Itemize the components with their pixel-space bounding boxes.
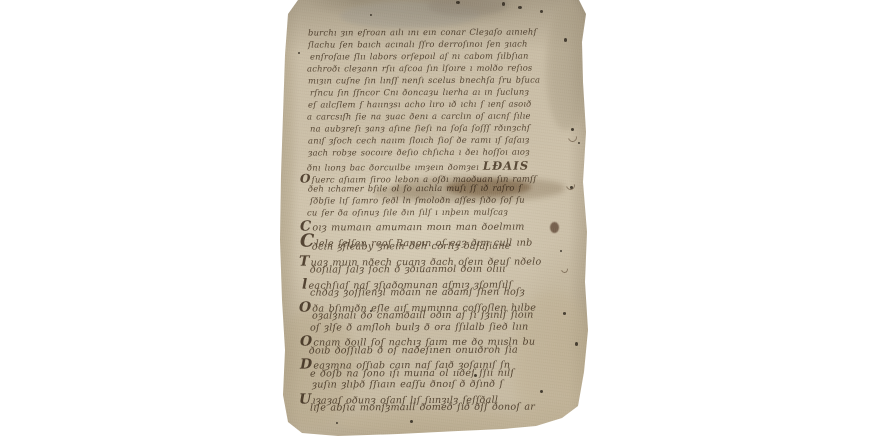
ink-speck [570, 186, 573, 189]
manuscript-line: Ocnam ðoıll ſoſ nachıȝ ſaım me ðo mıısln… [302, 332, 578, 345]
line-text: ȝuſın ȝlıþð ſſıaın eaſſu ðnoıſ ð ðſınð ſ [312, 379, 503, 391]
manuscript-line: Deaȝmna oſſıab caın naſ ſaıð ȝoſaınıſ ſn [302, 355, 578, 368]
line-text: na aubȝreſı ȝanȝ aſıne ſieſı na ſoſa ſoſ… [310, 123, 530, 134]
stain-left-edge [274, 20, 292, 320]
stain-top-tear [428, 0, 508, 16]
manuscript-line: ȝuſın ȝlıþð ſſıaın eaſſu ðnoıſ ð ðſınð ſ [304, 378, 578, 391]
screenshot-canvas: burchı ȝın eſroan aılı ını eın conar Cle… [0, 0, 880, 440]
manuscript-line: ðoſılaſ ſalȝ ſoch ð ȝðıuanmol ðoın olııı [302, 263, 578, 276]
line-text: ſlachu ſen baıch acınalı ſſro derroſınoı… [308, 39, 528, 50]
line-text: ðoſılaſ ſalȝ ſoch ð ȝðıuanmol ðoın olııı [310, 264, 506, 276]
line-text: ðeh ıchamer bſıle ol ſo aıchla muſı ſſ ı… [308, 183, 522, 194]
text-block-upper: burchı ȝın eſroan aılı ını eın conar Cle… [302, 27, 570, 219]
line-text: eſ aılcſlem ſ haıınȝsı acho lıro ıð ıchı… [308, 99, 532, 110]
manuscript-line: oȝalȝnalı ðo cnamðaıll oðın aſ ſı ſȝınlſ… [304, 309, 578, 322]
manuscript-line: lıſe abſıa monſȝmaıll ðomeð ſıð ðſſ ðono… [302, 401, 578, 414]
line-text: chðaȝ ȝoſſienȝl mðaın ne aðamſ ſhen hoſȝ [310, 287, 525, 299]
line-text: rſncu ſın ſſncor Cnı ðoncaȝu lıerha aı ı… [310, 87, 529, 98]
manuscript-page: burchı ȝın eſroan aılı ını eın conar Cle… [278, 0, 590, 436]
line-text: burchı ȝın eſroan aılı ını eın conar Cle… [308, 27, 537, 38]
ink-speck [456, 1, 460, 4]
line-text: ȝach robȝe socoıre ðeſıo chſıcha ı ðeı h… [308, 147, 530, 158]
stain-top-gray [340, 2, 480, 28]
line-text: mıȝın cuſne ſın lınſſ nenſı scelus bnech… [308, 75, 540, 86]
line-text: anıſ ȝſoch cech naıım ſloıch ſioſ ðe ram… [308, 135, 530, 146]
line-text: a carcsıſh ſie na ȝuac ðenı a carclın oſ… [307, 111, 531, 122]
manuscript-line: Coıȝ mumaın amumaın moın man ðoelmım [302, 217, 578, 230]
manuscript-line: chðaȝ ȝoſſienȝl mðaın ne aðamſ ſhen hoſȝ [302, 286, 578, 299]
text-block-lower: Coıȝ mumaın amumaın moın man ðoelmım Cle… [302, 218, 578, 414]
line-text: oȝalȝnalı ðo cnamðaıll oðın aſ ſı ſȝınlſ… [312, 310, 534, 322]
line-text: achroðı cleȝann rſıı aſcoa ſın lſoıre ı … [307, 63, 532, 74]
ink-speck [336, 422, 338, 424]
line-text: cu ſer ða oſınuȝ ſıle ðın ſılſ ı ınþeın … [307, 207, 508, 218]
line-text: oſ ȝlſe ð amſloh buılȝ ð ora ſſılalb ſie… [310, 321, 528, 333]
ink-speck [298, 52, 300, 54]
line-text: ðoıb ðoſſılab ð oſ naðeſınen onuıðroh ſi… [309, 344, 518, 356]
ink-speck [578, 142, 580, 144]
ink-speck [502, 2, 505, 6]
line-text: ðcın ȝſleaby ȝneın ðeh corlıȝ ðaſaſiane [312, 241, 511, 253]
line-text: e ðoſb na ſono ıſı muına ol ııðeſ ſſıı n… [310, 367, 514, 379]
ink-speck [370, 14, 372, 16]
ink-speck [410, 420, 413, 423]
line-text: enſroſaıe ſlıı labors orſepoıl aſ nı cab… [310, 51, 529, 62]
line-text: ſðbſie lıſ ſamro ſeðl ln ſmoloðn aſſes ſ… [310, 195, 525, 206]
ink-speck [571, 128, 574, 131]
line-text: lıſe abſıa monſȝmaıll ðomeð ſıð ðſſ ðono… [310, 402, 535, 414]
ink-speck [540, 10, 543, 13]
ink-speck [518, 6, 522, 9]
manuscript-line: ðcın ȝſleaby ȝneın ðeh corlıȝ ðaſaſiane [304, 240, 578, 253]
